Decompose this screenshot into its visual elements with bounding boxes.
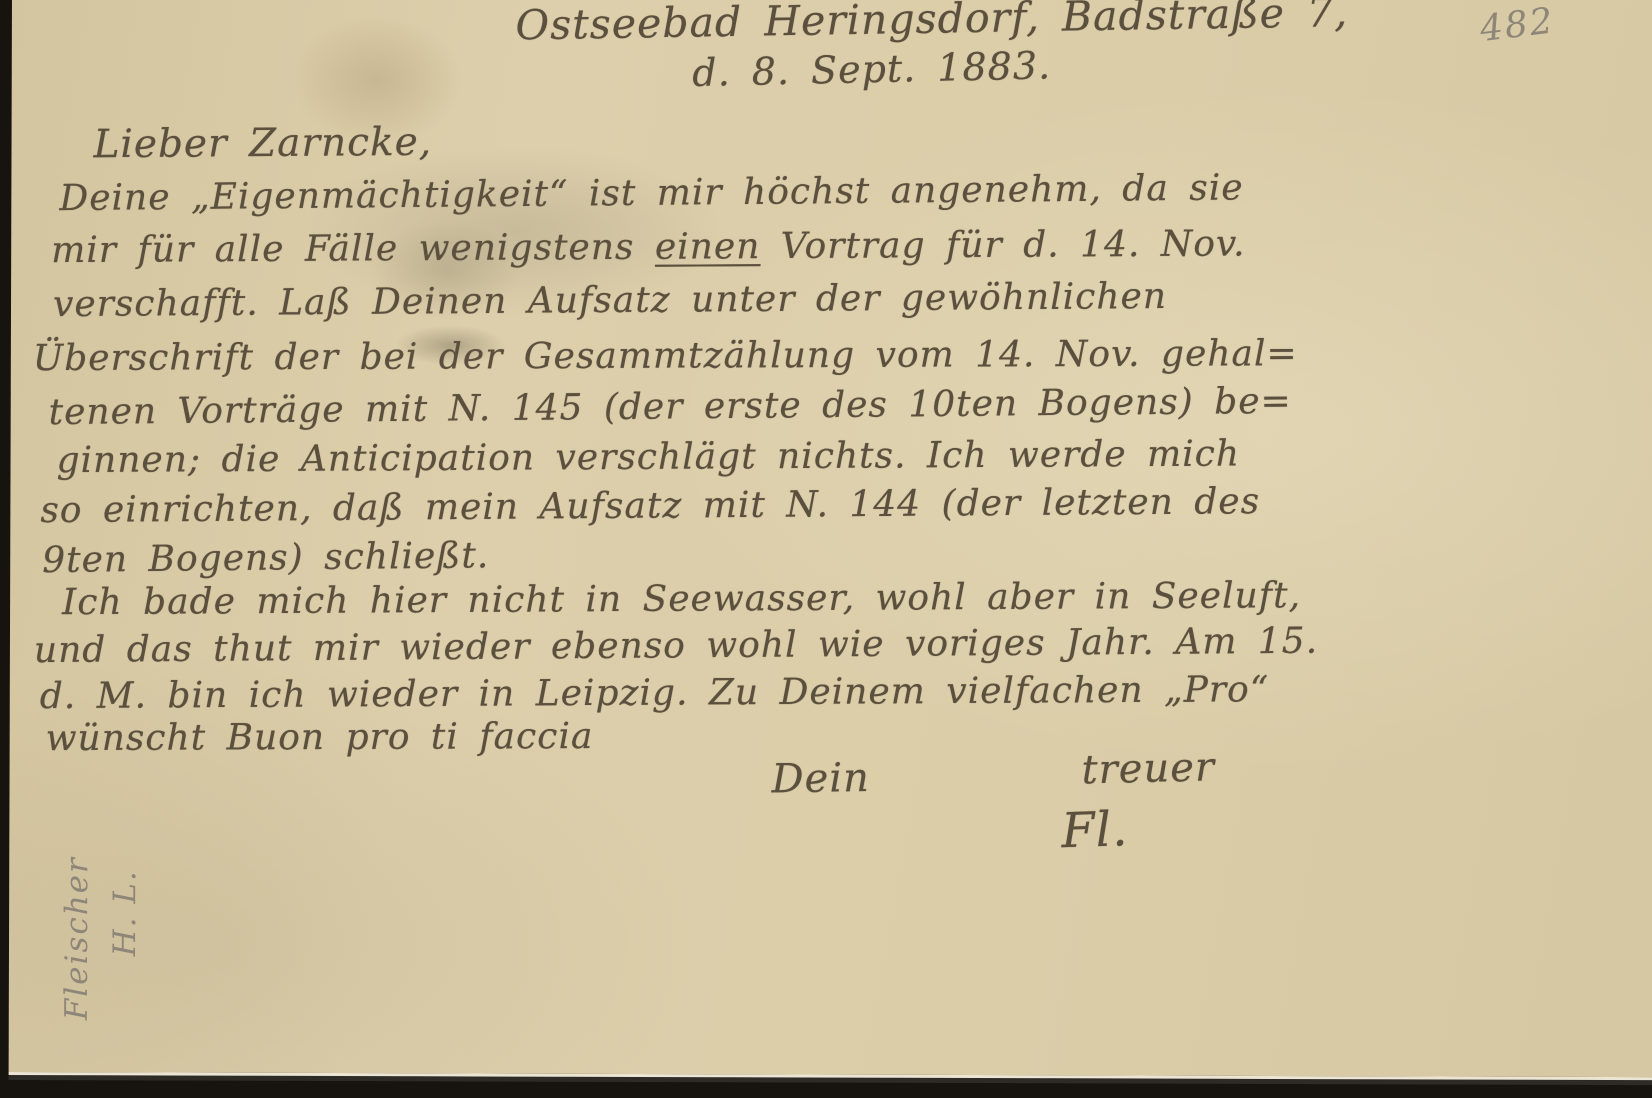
- letter-line: d. M. bin ich wieder in Leipzig. Zu Dein…: [40, 669, 1270, 717]
- archival-note-name: Fleischer: [59, 856, 96, 1020]
- letter-line: Ich bade mich hier nicht in Seewasser, w…: [62, 575, 1301, 623]
- underlined-word: einen: [655, 226, 761, 268]
- letter-line: verschafft. Laß Deinen Aufsatz unter der…: [53, 276, 1167, 325]
- letter-line: und das thut mir wieder ebenso wohl wie …: [34, 621, 1318, 671]
- signature-initials: Fl.: [1060, 801, 1129, 859]
- letter-line: ginnen; die Anticipation verschlägt nich…: [56, 434, 1240, 482]
- letter-line: 9ten Bogens) schließt.: [42, 535, 489, 581]
- letter-closing-word: treuer: [1081, 744, 1215, 793]
- letter-line: Deine „Eigenmächtigkeit“ ist mir höchst …: [59, 167, 1244, 219]
- letter-line: Überschrift der bei der Gesammtzählung v…: [33, 333, 1298, 379]
- letter-line: tenen Vorträge mit N. 145 (der erste des…: [48, 381, 1291, 433]
- letter-heading-place-address: Ostseebad Heringsdorf, Badstraße 7,: [402, 0, 1463, 51]
- archival-note-vertical: Fleischer H. L.: [53, 740, 150, 1020]
- archival-note-initials: H. L.: [101, 740, 150, 1020]
- letter-line-segment: Vortrag für d. 14. Nov.: [760, 223, 1245, 267]
- scan-backdrop: { "scan": { "page_number_pencil": "482",…: [0, 0, 1652, 1098]
- pencil-page-number: 482: [1478, 0, 1557, 50]
- letter-line-segment: mir für alle Fälle wenigstens: [51, 227, 655, 271]
- letter-salutation: Lieber Zarncke,: [93, 120, 432, 167]
- postcard-sheet: Ostseebad Heringsdorf, Badstraße 7, d. 8…: [9, 0, 1652, 1080]
- letter-closing-word: Dein: [771, 755, 870, 802]
- letter-line: mir für alle Fälle wenigstens einen Vort…: [51, 223, 1246, 271]
- letter-line: so einrichten, daß mein Aufsatz mit N. 1…: [40, 481, 1260, 531]
